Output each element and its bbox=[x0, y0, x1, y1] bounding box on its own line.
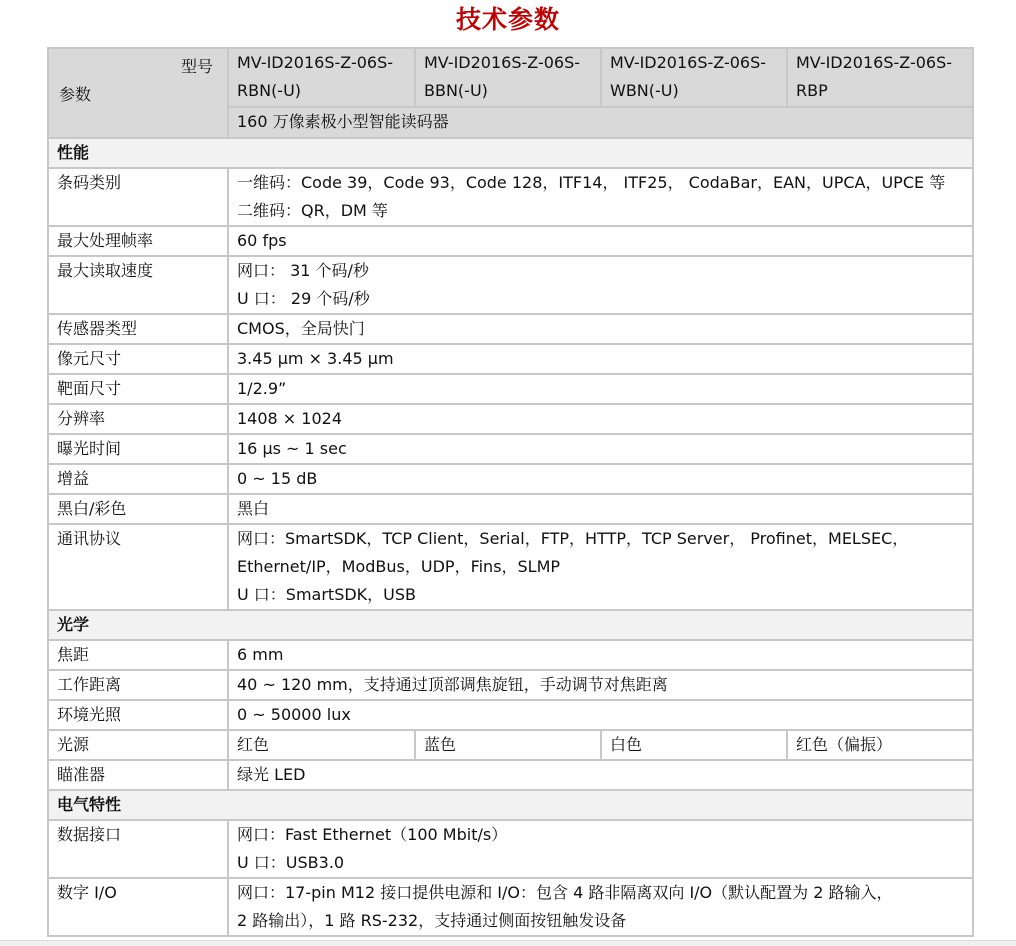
model-cell-1: MV-ID2016S-Z-06S-RBN(-U) bbox=[228, 48, 415, 107]
section-performance: 性能 bbox=[48, 138, 973, 168]
corner-param-label: 参数 bbox=[59, 81, 91, 109]
model-cell-2: MV-ID2016S-Z-06S-BBN(-U) bbox=[415, 48, 601, 107]
spec-row: 像元尺寸3.45 µm × 3.45 µm bbox=[48, 344, 973, 374]
header-row: 型号 参数 MV-ID2016S-Z-06S-RBN(-U) MV-ID2016… bbox=[48, 48, 973, 107]
product-desc: 160 万像素极小型智能读码器 bbox=[228, 107, 973, 138]
spec-row: 瞄准器绿光 LED bbox=[48, 760, 973, 790]
spec-row: 最大读取速度网口： 31 个码/秒U 口： 29 个码/秒 bbox=[48, 256, 973, 314]
spec-row: 条码类别一维码：Code 39，Code 93，Code 128，ITF14， … bbox=[48, 168, 973, 226]
spec-row: 数字 I/O网口：17-pin M12 接口提供电源和 I/O：包含 4 路非隔… bbox=[48, 878, 973, 936]
spec-row: 黑白/彩色黑白 bbox=[48, 494, 973, 524]
corner-model-label: 型号 bbox=[181, 53, 213, 81]
light-source-row: 光源 红色 蓝色 白色 红色（偏振） bbox=[48, 730, 973, 760]
corner-cell: 型号 参数 bbox=[48, 48, 228, 138]
spec-row: 焦距6 mm bbox=[48, 640, 973, 670]
spec-row: 曝光时间16 µs ~ 1 sec bbox=[48, 434, 973, 464]
spec-row: 工作距离40 ~ 120 mm，支持通过顶部调焦旋钮，手动调节对焦距离 bbox=[48, 670, 973, 700]
spec-row: 数据接口网口：Fast Ethernet（100 Mbit/s）U 口：USB3… bbox=[48, 820, 973, 878]
spec-row: 靶面尺寸1/2.9” bbox=[48, 374, 973, 404]
model-cell-3: MV-ID2016S-Z-06S-WBN(-U) bbox=[601, 48, 787, 107]
spec-row: 增益0 ~ 15 dB bbox=[48, 464, 973, 494]
spec-table: 型号 参数 MV-ID2016S-Z-06S-RBN(-U) MV-ID2016… bbox=[47, 47, 974, 937]
model-cell-4: MV-ID2016S-Z-06S-RBP bbox=[787, 48, 973, 107]
section-electrical: 电气特性 bbox=[48, 790, 973, 820]
spec-row: 传感器类型CMOS，全局快门 bbox=[48, 314, 973, 344]
section-optics: 光学 bbox=[48, 610, 973, 640]
spec-row: 分辨率1408 × 1024 bbox=[48, 404, 973, 434]
page-title: 技术参数 bbox=[0, 2, 1016, 38]
spec-row: 最大处理帧率60 fps bbox=[48, 226, 973, 256]
spec-row: 环境光照0 ~ 50000 lux bbox=[48, 700, 973, 730]
spec-row: 通讯协议网口：SmartSDK，TCP Client，Serial，FTP，HT… bbox=[48, 524, 973, 610]
page-bottom-edge bbox=[0, 940, 1016, 946]
